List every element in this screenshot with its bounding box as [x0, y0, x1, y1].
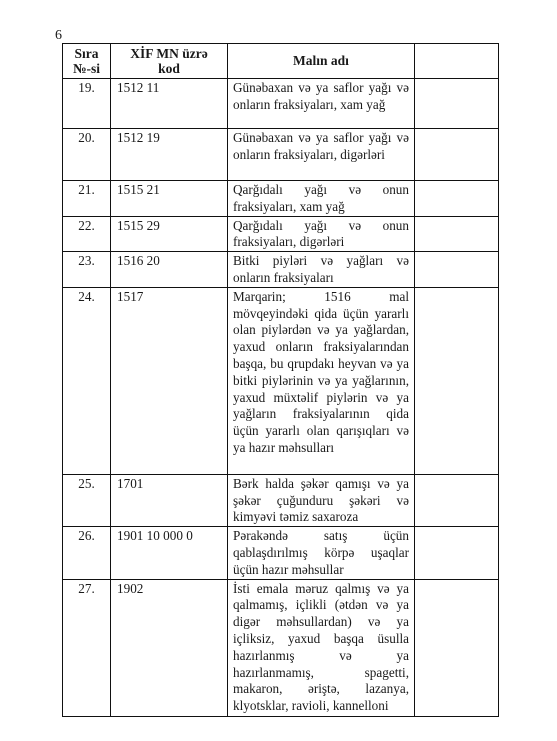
- table-row: 21.1515 21Qarğıdalı yağı və onun fraksiy…: [63, 181, 499, 217]
- row-goods-name: Günəbaxan və ya saflor yağı və onların f…: [228, 79, 415, 129]
- row-extra: [415, 129, 499, 181]
- row-goods-name: Qarğıdalı yağı və onun fraksiyaları, xam…: [228, 181, 415, 217]
- row-goods-name: İsti emala məruz qalmış və ya qalmamış, …: [228, 579, 415, 716]
- table-row: 20.1512 19Günəbaxan və ya saflor yağı və…: [63, 129, 499, 181]
- row-extra: [415, 527, 499, 579]
- header-goods-name: Malın adı: [228, 44, 415, 79]
- goods-table: Sıra №-si XİF MN üzrə kod Malın adı 19.1…: [62, 43, 499, 717]
- page-number: 6: [55, 28, 62, 44]
- table-row: 26.1901 10 000 0Pərakəndə satış üçün qab…: [63, 527, 499, 579]
- row-number: 27.: [63, 579, 111, 716]
- row-extra: [415, 79, 499, 129]
- table-header-row: Sıra №-si XİF MN üzrə kod Malın adı: [63, 44, 499, 79]
- row-extra: [415, 181, 499, 217]
- table-row: 24.1517Marqarin; 1516 mal mövqeyindəki q…: [63, 287, 499, 474]
- row-goods-name: Marqarin; 1516 mal mövqeyindəki qida üçü…: [228, 287, 415, 474]
- row-extra: [415, 287, 499, 474]
- row-goods-name: Pərakəndə satış üçün qablaşdırılmış körp…: [228, 527, 415, 579]
- row-extra: [415, 474, 499, 526]
- row-number: 23.: [63, 252, 111, 288]
- row-number: 25.: [63, 474, 111, 526]
- row-code: 1901 10 000 0: [111, 527, 228, 579]
- table-row: 22.1515 29Qarğıdalı yağı və onun fraksiy…: [63, 216, 499, 252]
- table-row: 19.1512 11Günəbaxan və ya saflor yağı və…: [63, 79, 499, 129]
- row-number: 19.: [63, 79, 111, 129]
- row-goods-name: Günəbaxan və ya saflor yağı və onların f…: [228, 129, 415, 181]
- row-code: 1516 20: [111, 252, 228, 288]
- row-extra: [415, 579, 499, 716]
- row-code: 1515 29: [111, 216, 228, 252]
- row-code: 1517: [111, 287, 228, 474]
- table-row: 27.1902İsti emala məruz qalmış və ya qal…: [63, 579, 499, 716]
- row-code: 1902: [111, 579, 228, 716]
- row-code: 1512 19: [111, 129, 228, 181]
- row-extra: [415, 216, 499, 252]
- row-number: 22.: [63, 216, 111, 252]
- row-goods-name: Qarğıdalı yağı və onun fraksiyaları, dig…: [228, 216, 415, 252]
- header-extra: [415, 44, 499, 79]
- row-number: 24.: [63, 287, 111, 474]
- header-row-number: Sıra №-si: [63, 44, 111, 79]
- table-row: 23.1516 20Bitki piyləri və yağları və on…: [63, 252, 499, 288]
- row-goods-name: Bərk halda şəkər qamışı və ya şəkər çuğu…: [228, 474, 415, 526]
- row-code: 1701: [111, 474, 228, 526]
- row-number: 21.: [63, 181, 111, 217]
- row-code: 1512 11: [111, 79, 228, 129]
- row-goods-name: Bitki piyləri və yağları və onların frak…: [228, 252, 415, 288]
- table-row: 25.1701Bərk halda şəkər qamışı və ya şək…: [63, 474, 499, 526]
- header-code: XİF MN üzrə kod: [111, 44, 228, 79]
- row-code: 1515 21: [111, 181, 228, 217]
- row-extra: [415, 252, 499, 288]
- row-number: 20.: [63, 129, 111, 181]
- row-number: 26.: [63, 527, 111, 579]
